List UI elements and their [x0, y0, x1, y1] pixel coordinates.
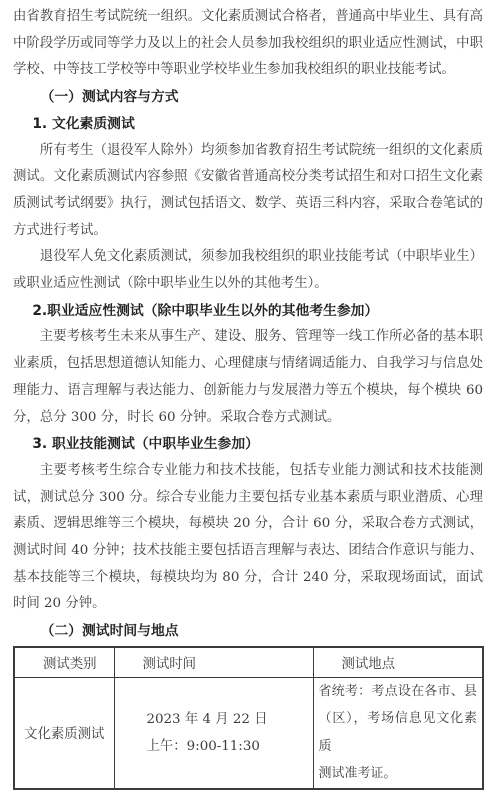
test-time-range: 上午：9:00-11:30: [147, 733, 313, 760]
subheading-vocational-skill-test: 3. 职业技能测试（中职毕业生参加）: [13, 431, 483, 458]
location-line-3: 测试准考证。: [319, 760, 478, 787]
location-line-1: 省统考：考点设在各市、县: [319, 678, 478, 705]
section-heading-test-content: （一）测试内容与方式: [13, 84, 483, 111]
location-line-2: （区），考场信息见文化素质: [319, 705, 478, 760]
document-body: 由省教育招生考试院统一组织。文化素质测试合格者，普通高中毕业生、具有高中阶段学历…: [13, 4, 483, 790]
section-heading-test-schedule: （二）测试时间与地点: [13, 618, 483, 645]
paragraph-culture-test-detail: 所有考生（退役军人除外）均须参加省教育招生考试院统一组织的文化素质测试。文化素质…: [13, 138, 483, 245]
paragraph-aptitude-test-detail: 主要考核考生未来从事生产、建设、服务、管理等一线工作所必备的基本职业素质，包括思…: [13, 324, 483, 431]
intro-paragraph: 由省教育招生考试院统一组织。文化素质测试合格者，普通高中毕业生、具有高中阶段学历…: [13, 4, 483, 84]
subheading-aptitude-test: 2.职业适应性测试（除中职毕业生以外的其他考生参加）: [13, 298, 483, 325]
document-page: { "page": { "intro": "由省教育招生考试院统一组织。文化素质…: [0, 0, 496, 800]
paragraph-skill-test-detail: 主要考核考生综合专业能力和技术技能，包括专业能力测试和技术技能测试，测试总分 3…: [13, 458, 483, 618]
header-cell-category: 测试类别: [14, 647, 114, 678]
header-cell-location: 测试地点: [313, 647, 483, 678]
table-header-row: 测试类别 测试时间 测试地点: [14, 647, 483, 678]
header-cell-time: 测试时间: [114, 647, 313, 678]
schedule-table: 测试类别 测试时间 测试地点 文化素质测试 2023 年 4 月 22 日 上午…: [13, 646, 484, 790]
test-date: 2023 年 4 月 22 日: [147, 706, 313, 733]
paragraph-veteran-exemption: 退役军人免文化素质测试，须参加我校组织的职业技能考试（中职毕业生）或职业适应性测…: [13, 244, 483, 297]
subheading-culture-quality-test: 1. 文化素质测试: [13, 111, 483, 138]
